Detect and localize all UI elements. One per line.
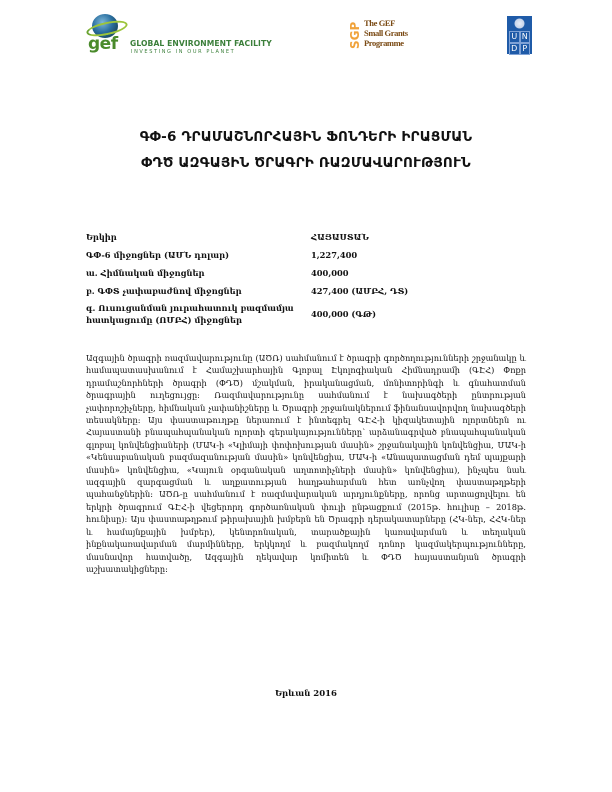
row-label: ա. Հիմնական միջոցներ: [86, 264, 311, 282]
sgp-line-1: The GEF: [364, 18, 408, 28]
row-label: գ. Ուսուցանման յուրահատուկ բազմամյա հատկ…: [86, 300, 311, 328]
gef-name: GLOBAL ENVIRONMENT FACILITY: [130, 39, 272, 48]
sgp-text: The GEF Small Grants Programme: [364, 18, 408, 48]
undp-letter: P: [520, 43, 531, 55]
row-value: 427,400 (ԱՄԲՀ, ԴՏ): [311, 282, 486, 300]
gef-logo: gef GLOBAL ENVIRONMENT FACILITY INVESTIN…: [88, 14, 268, 58]
table-row: գ. Ուսուցանման յուրահատուկ բազմամյա հատկ…: [86, 300, 486, 328]
strategy-summary-paragraph: Ազգային ծրագրի ռազմավարությունը (ԱԾՌ) սա…: [86, 352, 526, 575]
sgp-line-3: Programme: [364, 38, 408, 48]
table-row: ԳՓ-6 միջոցներ (ԱՄՆ դոլար) 1,227,400: [86, 246, 486, 264]
undp-letter: D: [509, 43, 520, 55]
row-value: ՀԱՅԱՍՏԱՆ: [311, 228, 486, 246]
sgp-logo: SGP The GEF Small Grants Programme: [348, 16, 408, 56]
undp-letter: U: [509, 31, 520, 43]
funding-info-table: Երկիր ՀԱՅԱՍՏԱՆ ԳՓ-6 միջոցներ (ԱՄՆ դոլար)…: [86, 228, 486, 328]
un-emblem-icon: [513, 18, 526, 29]
place-and-date: Երևան 2016: [0, 689, 612, 699]
sgp-line-2: Small Grants: [364, 28, 408, 38]
sgp-mark: SGP: [348, 16, 362, 54]
gef-mark: gef: [88, 34, 118, 54]
document-title-line-2: ՓԴԾ ԱԶԳԱՅԻՆ ԾՐԱԳՐԻ ՌԱԶՄԱՎԱՐՈՒԹՅՈՒՆ: [0, 155, 612, 171]
table-row: բ. ԳՓՏ չափաբաժնով միջոցներ 427,400 (ԱՄԲՀ…: [86, 282, 486, 300]
table-row: ա. Հիմնական միջոցներ 400,000: [86, 264, 486, 282]
undp-letter: N: [520, 31, 531, 43]
row-value: 400,000: [311, 264, 486, 282]
undp-logo: U N D P: [507, 16, 532, 54]
gef-tagline: INVESTING IN OUR PLANET: [131, 49, 235, 55]
table-row: Երկիր ՀԱՅԱՍՏԱՆ: [86, 228, 486, 246]
row-value: 400,000 (ԳԹ): [311, 300, 486, 328]
row-label: բ. ԳՓՏ չափաբաժնով միջոցներ: [86, 282, 311, 300]
row-label: ԳՓ-6 միջոցներ (ԱՄՆ դոլար): [86, 246, 311, 264]
document-title-line-1: ԳՓ-6 ԴՐԱՄԱՇՆՈՐՀԱՅԻՆ ՖՈՆԴԵՐԻ ԻՐԱՑՄԱՆ: [0, 129, 612, 145]
undp-letters: U N D P: [509, 31, 530, 55]
row-value: 1,227,400: [311, 246, 486, 264]
row-label: Երկիր: [86, 228, 311, 246]
